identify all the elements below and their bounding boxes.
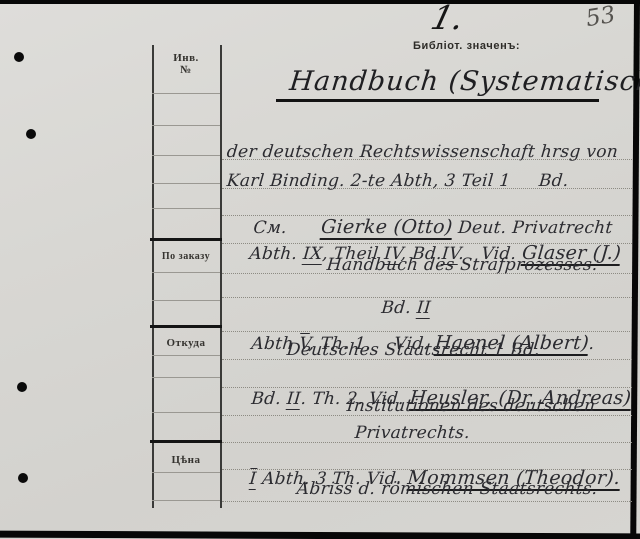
inventory-label-line2: №	[152, 64, 220, 76]
inventory-number-label: Инв. №	[152, 52, 220, 76]
column-row-line	[152, 183, 220, 184]
punch-hole-dot	[14, 52, 24, 62]
column-row-line	[152, 272, 220, 273]
column-section-separator	[150, 440, 222, 443]
manuscript-line-subtitle: der deutschen Rechtswissenschaft hrsg vo…	[226, 142, 619, 162]
price-label: Цѣна	[152, 454, 220, 466]
punch-hole-dot	[26, 129, 36, 139]
column-section-separator	[150, 325, 222, 328]
scan-edge-bottom	[0, 531, 640, 539]
manuscript-line-institutionen: Institutionen des deutschen	[346, 396, 596, 416]
origin-label: Откуда	[152, 337, 220, 349]
folio-number: 53	[584, 2, 617, 32]
manuscript-line-strafprozess: Handbuch des Strafprozesses.	[326, 255, 599, 275]
punch-hole-dot	[17, 382, 27, 392]
punch-hole-dot	[18, 473, 28, 483]
column-right-rule	[220, 45, 222, 508]
manuscript-line-mommsen: I Abth. 3 Th. Vid. Mommsen (Theodor).	[224, 447, 623, 509]
manuscript-title: Handbuch (Systematisches)	[288, 66, 640, 97]
inventory-label-line1: Инв.	[152, 52, 220, 64]
punctuation: .	[588, 334, 595, 354]
column-row-line	[152, 125, 220, 126]
library-mark-stamp-label: Библіот. значенъ:	[413, 40, 520, 52]
roman-numeral: IX	[302, 244, 323, 265]
scan-edge-top	[0, 0, 640, 4]
manuscript-line-staatsrecht: Deutsches Staatsrecht 1 Bd.	[286, 340, 541, 360]
title-underline	[276, 99, 599, 102]
entry-number: 1.	[427, 0, 468, 37]
column-row-line	[152, 355, 220, 356]
column-row-line	[152, 377, 220, 378]
column-left-rule	[152, 45, 154, 508]
order-label: По заказу	[152, 251, 220, 262]
column-row-line	[152, 472, 220, 473]
column-row-line	[152, 500, 220, 501]
volume-ref: Bd.	[251, 389, 288, 409]
column-section-separator	[150, 238, 222, 241]
volume-ref: Abth.	[249, 244, 304, 264]
manuscript-line-abriss: Abriss d. römischen Staatsrechts.	[296, 479, 598, 499]
manuscript-line-privatrechts: Privatrechts.	[354, 423, 471, 443]
column-row-line	[152, 412, 220, 413]
manuscript-line-binding: Karl Binding. 2-te Abth, 3 Teil 1 Bd.	[226, 171, 569, 191]
column-row-line	[152, 155, 220, 156]
scanned-ledger-page: 1. 53 Библіот. значенъ: Инв. № По заказу…	[0, 0, 640, 539]
column-row-line	[152, 93, 220, 94]
column-row-line	[152, 208, 220, 209]
column-row-line	[152, 300, 220, 301]
